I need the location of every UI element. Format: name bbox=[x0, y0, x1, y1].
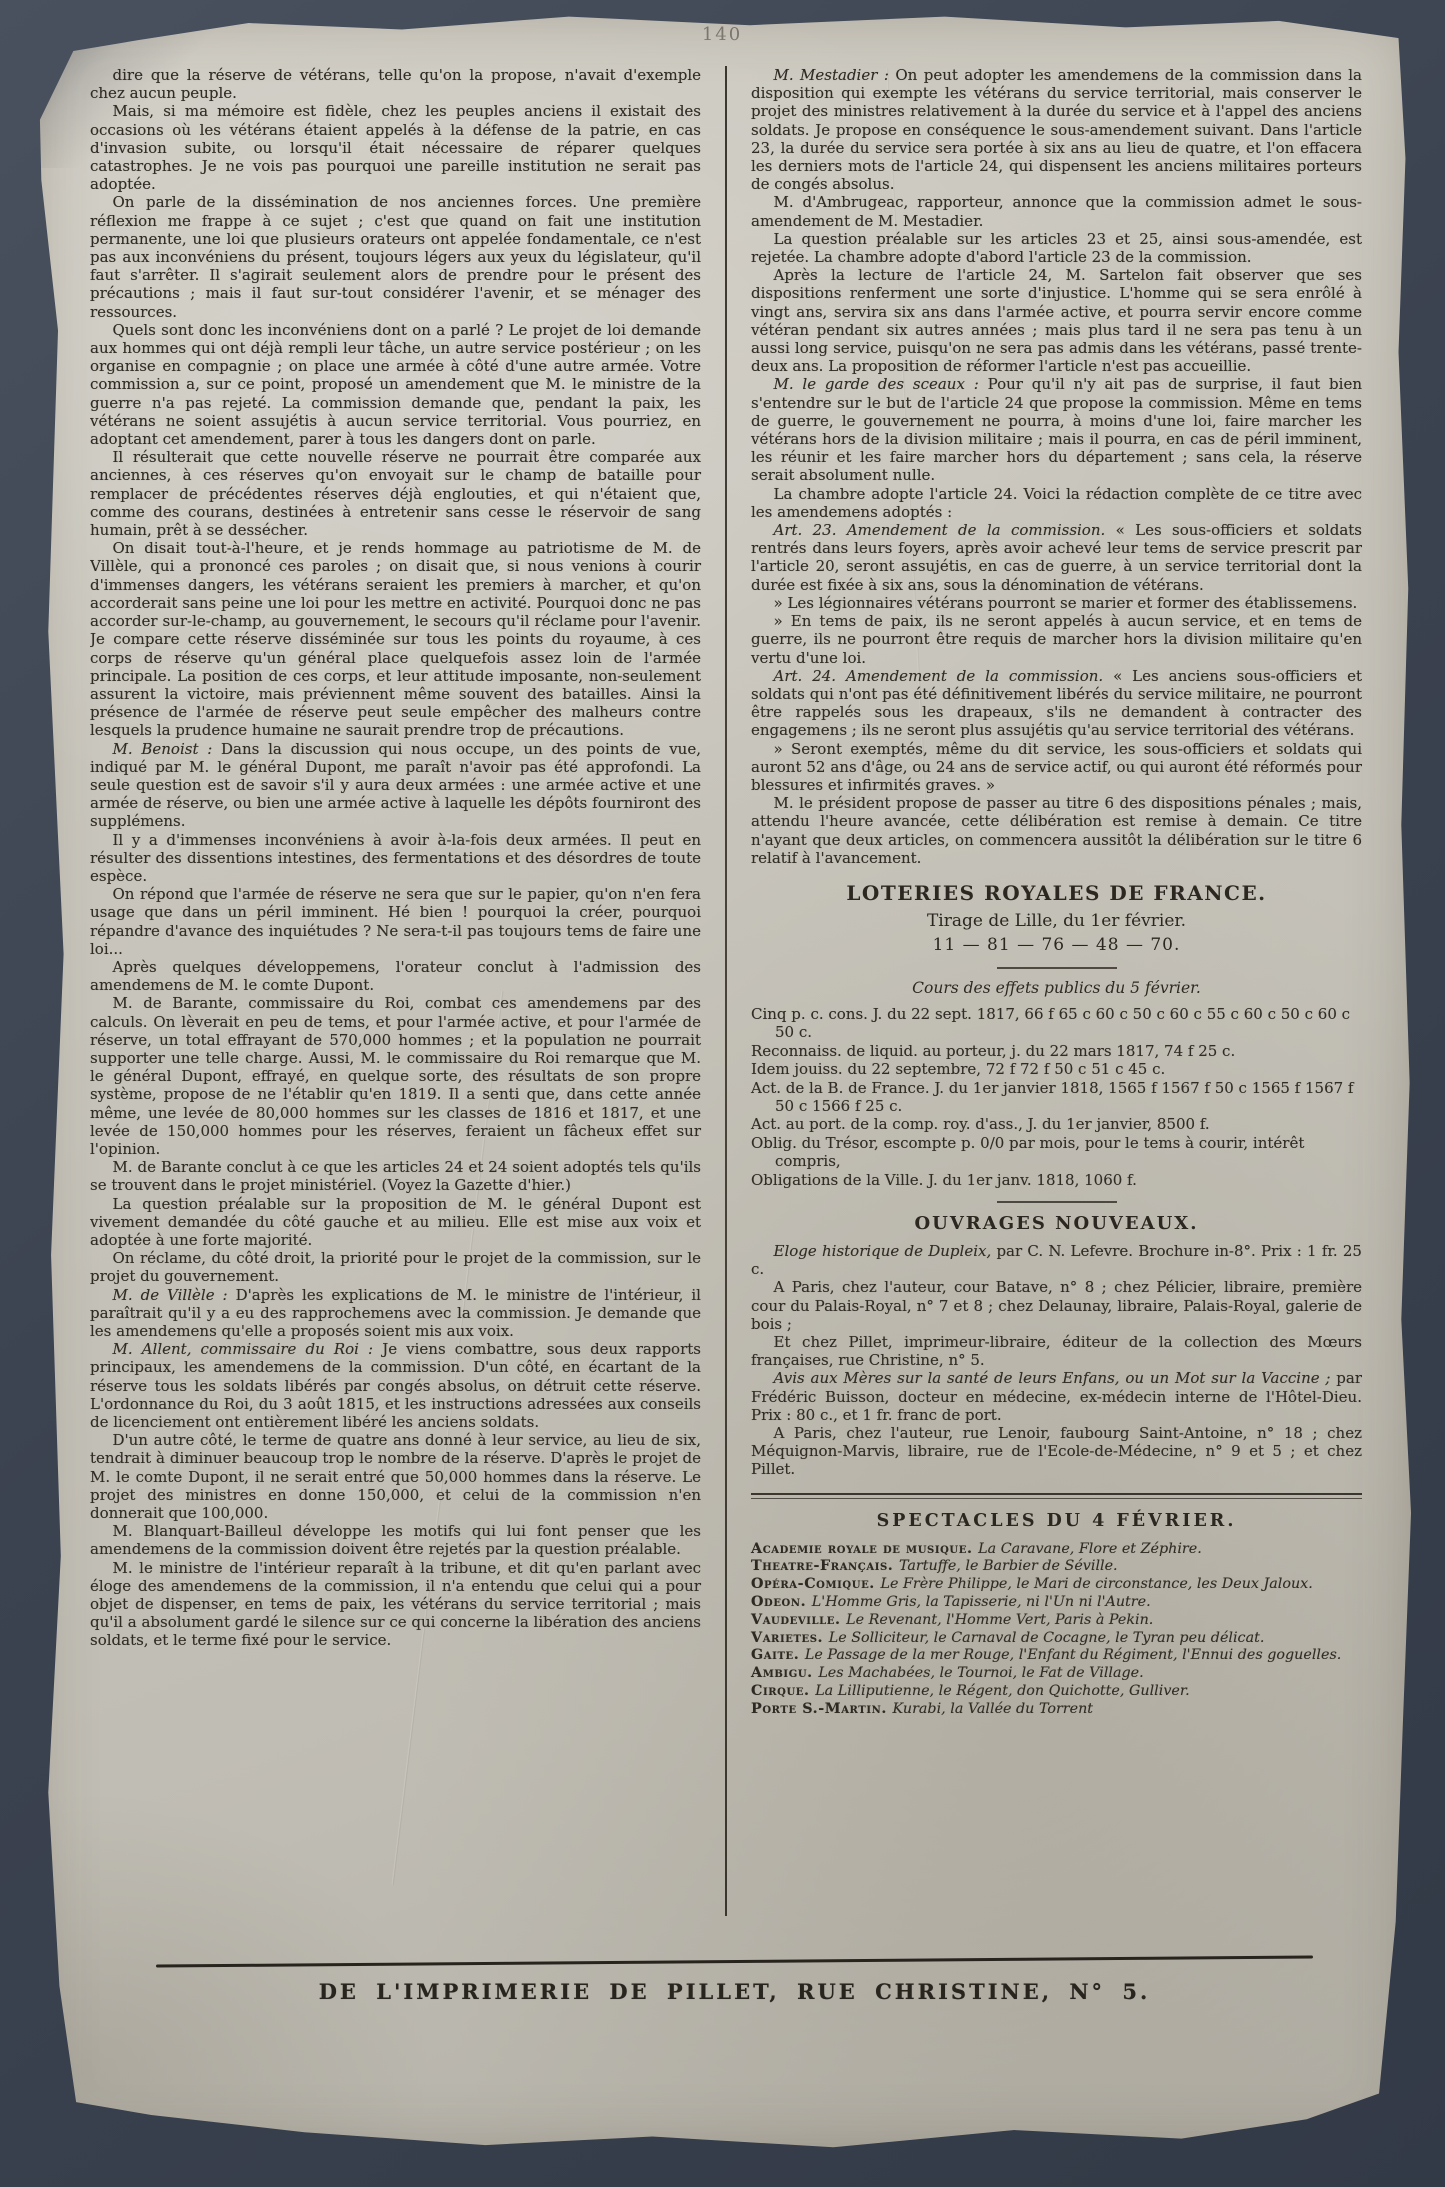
paragraph: » Seront exemptés, même du dit service, … bbox=[751, 740, 1362, 795]
paragraph-lead: Art. 24. Amendement de la commission. bbox=[774, 667, 1114, 685]
paragraph: M. Allent, commissaire du Roi :Je viens … bbox=[90, 1340, 701, 1431]
paragraph: M. le président propose de passer au tit… bbox=[751, 794, 1362, 867]
paragraph: D'un autre côté, le terme de quatre ans … bbox=[90, 1431, 701, 1522]
market-quote: Obligations de la Ville. J. du 1er janv.… bbox=[751, 1171, 1362, 1189]
market-quote: Act. de la B. de France. J. du 1er janvi… bbox=[751, 1079, 1362, 1116]
paragraph-text: M. Blanquart-Bailleul développe les moti… bbox=[90, 1522, 701, 1558]
plays-list: L'Homme Gris, la Tapisserie, ni l'Un ni … bbox=[812, 1594, 1151, 1610]
spectacle-listing: Theatre-Français.Tartuffe, le Barbier de… bbox=[751, 1558, 1362, 1576]
spectacle-listing: Porte S.-Martin.Kurabi, la Vallée du Tor… bbox=[751, 1701, 1362, 1719]
new-works-section: OUVRAGES NOUVEAUX. Eloge historique de D… bbox=[751, 1213, 1362, 1479]
paragraph: M. Benoist :Dans la discussion qui nous … bbox=[90, 740, 701, 831]
plays-list: Kurabi, la Vallée du Torrent bbox=[893, 1701, 1094, 1717]
paragraph-text: La question préalable sur les articles 2… bbox=[751, 230, 1362, 266]
paragraph-text: La question préalable sur la proposition… bbox=[90, 1195, 701, 1249]
spectacle-listing: Cirque.La Lilliputienne, le Régent, don … bbox=[751, 1683, 1362, 1701]
spectacle-listing: Varietes.Le Solliciteur, le Carnaval de … bbox=[751, 1630, 1362, 1648]
newspaper-page: 140 dire que la réserve de vétérans, tel… bbox=[26, 8, 1418, 2158]
paragraph-text: Après quelques développemens, l'orateur … bbox=[90, 958, 701, 994]
paragraph: Art. 24. Amendement de la commission.« L… bbox=[751, 667, 1362, 740]
paragraph: M. de Villèle :D'après les explications … bbox=[90, 1286, 701, 1341]
venue-name: Odeon. bbox=[751, 1594, 812, 1610]
paragraph: » Les légionnaires vétérans pourront se … bbox=[751, 594, 1362, 612]
paragraph-text: Il y a d'immenses inconvéniens à avoir à… bbox=[90, 831, 701, 885]
book-notices: Eloge historique de Dupleix,par C. N. Le… bbox=[751, 1242, 1362, 1479]
paragraph-text: » Les légionnaires vétérans pourront se … bbox=[774, 594, 1358, 612]
paragraph: M. le garde des sceaux :Pour qu'il n'y a… bbox=[751, 375, 1362, 484]
plays-list: Tartuffe, le Barbier de Séville. bbox=[899, 1558, 1118, 1574]
left-column: dire que la réserve de vétérans, telle q… bbox=[90, 66, 725, 1916]
plays-list: Le Revenant, l'Homme Vert, Paris à Pekin… bbox=[846, 1612, 1153, 1628]
market-heading: Cours des effets publics du 5 février. bbox=[751, 979, 1362, 997]
debate-paragraphs: M. Mestadier :On peut adopter les amende… bbox=[751, 66, 1362, 867]
venue-name: Varietes. bbox=[751, 1630, 829, 1646]
paragraph: Eloge historique de Dupleix,par C. N. Le… bbox=[751, 1242, 1362, 1278]
paragraph-text: On réclame, du côté droit, la priorité p… bbox=[90, 1249, 701, 1285]
paragraph: Après quelques développemens, l'orateur … bbox=[90, 958, 701, 994]
paragraph-text: D'un autre côté, le terme de quatre ans … bbox=[90, 1431, 701, 1522]
paragraph-lead: M. Benoist : bbox=[113, 740, 222, 758]
paragraph-text: A Paris, chez l'auteur, cour Batave, n° … bbox=[751, 1278, 1362, 1332]
paragraph: La question préalable sur les articles 2… bbox=[751, 230, 1362, 266]
paragraph-text: M. de Barante conclut à ce que les artic… bbox=[90, 1158, 701, 1194]
spectacle-listing: Gaite.Le Passage de la mer Rouge, l'Enfa… bbox=[751, 1647, 1362, 1665]
right-column: M. Mestadier :On peut adopter les amende… bbox=[727, 66, 1362, 1916]
plays-list: Les Machabées, le Tournoi, le Fat de Vil… bbox=[818, 1665, 1143, 1681]
venue-name: Vaudeville. bbox=[751, 1612, 846, 1628]
plays-list: Le Solliciteur, le Carnaval de Cocagne, … bbox=[829, 1630, 1265, 1646]
paragraph: Après la lecture de l'article 24, M. Sar… bbox=[751, 266, 1362, 375]
paragraph: M. de Barante conclut à ce que les artic… bbox=[90, 1158, 701, 1194]
paragraph: M. d'Ambrugeac, rapporteur, annonce que … bbox=[751, 193, 1362, 229]
spectacles-section: SPECTACLES DU 4 FÉVRIER. Academie royale… bbox=[751, 1511, 1362, 1719]
spectacle-listing: Vaudeville.Le Revenant, l'Homme Vert, Pa… bbox=[751, 1612, 1362, 1630]
venue-name: Theatre-Français. bbox=[751, 1558, 899, 1574]
paragraph: On répond que l'armée de réserve ne sera… bbox=[90, 885, 701, 958]
paragraph: La chambre adopte l'article 24. Voici la… bbox=[751, 485, 1362, 521]
paragraph: Il résulterait que cette nouvelle réserv… bbox=[90, 448, 701, 539]
spectacle-listings: Academie royale de musique.La Caravane, … bbox=[751, 1541, 1362, 1719]
paragraph: dire que la réserve de vétérans, telle q… bbox=[90, 66, 701, 102]
lottery-numbers: 11 — 81 — 76 — 48 — 70. bbox=[751, 935, 1362, 955]
paragraph-lead: M. Mestadier : bbox=[774, 66, 896, 84]
paragraph: La question préalable sur la proposition… bbox=[90, 1195, 701, 1250]
paragraph-text: On répond que l'armée de réserve ne sera… bbox=[90, 885, 701, 958]
footer-rule bbox=[156, 1955, 1313, 1967]
paragraph: Et chez Pillet, imprimeur-libraire, édit… bbox=[751, 1333, 1362, 1369]
paragraph-text: Et chez Pillet, imprimeur-libraire, édit… bbox=[751, 1333, 1362, 1369]
paragraph: Il y a d'immenses inconvéniens à avoir à… bbox=[90, 831, 701, 886]
paragraph-text: On parle de la dissémination de nos anci… bbox=[90, 193, 701, 320]
paragraph: A Paris, chez l'auteur, cour Batave, n° … bbox=[751, 1278, 1362, 1333]
paragraph: Quels sont donc les inconvéniens dont on… bbox=[90, 321, 701, 448]
paragraph: Art. 23. Amendement de la commission.« L… bbox=[751, 521, 1362, 594]
paragraph: On parle de la dissémination de nos anci… bbox=[90, 193, 701, 320]
market-quote: Reconnaiss. de liquid. au porteur, j. du… bbox=[751, 1042, 1362, 1060]
paragraph-text: Il résulterait que cette nouvelle réserv… bbox=[90, 448, 701, 539]
paragraph-text: M. d'Ambrugeac, rapporteur, annonce que … bbox=[751, 193, 1362, 229]
plays-list: La Lilliputienne, le Régent, don Quichot… bbox=[815, 1683, 1189, 1699]
paragraph: On disait tout-à-l'heure, et je rends ho… bbox=[90, 539, 701, 739]
column-divider-rule bbox=[725, 66, 727, 1916]
market-quote: Idem jouiss. du 22 septembre, 72 f 72 f … bbox=[751, 1060, 1362, 1078]
paragraph-text: dire que la réserve de vétérans, telle q… bbox=[90, 66, 701, 102]
paragraph: M. Blanquart-Bailleul développe les moti… bbox=[90, 1522, 701, 1558]
market-quote: Act. au port. de la comp. roy. d'ass., J… bbox=[751, 1115, 1362, 1133]
lotteries-heading: LOTERIES ROYALES DE FRANCE. bbox=[751, 881, 1362, 905]
paragraph-text: M. le ministre de l'intérieur reparaît à… bbox=[90, 1559, 701, 1650]
paragraph: M. le ministre de l'intérieur reparaît à… bbox=[90, 1559, 701, 1650]
paragraph-lead: M. le garde des sceaux : bbox=[774, 375, 988, 393]
spectacle-listing: Academie royale de musique.La Caravane, … bbox=[751, 1541, 1362, 1559]
paragraph-text: Quels sont donc les inconvéniens dont on… bbox=[90, 321, 701, 448]
venue-name: Opéra-Comique. bbox=[751, 1576, 880, 1592]
section-rule bbox=[997, 967, 1117, 969]
paragraph: » En tems de paix, ils ne seront appelés… bbox=[751, 612, 1362, 667]
venue-name: Gaite. bbox=[751, 1647, 805, 1663]
photo-background: 140 dire que la réserve de vétérans, tel… bbox=[0, 0, 1445, 2187]
imprint-line: DE L'IMPRIMERIE DE PILLET, RUE CHRISTINE… bbox=[156, 1979, 1313, 2004]
paragraph-text: La chambre adopte l'article 24. Voici la… bbox=[751, 485, 1362, 521]
paragraph-text: » En tems de paix, ils ne seront appelés… bbox=[751, 612, 1362, 666]
paragraph-lead: Avis aux Mères sur la santé de leurs Enf… bbox=[774, 1369, 1337, 1387]
spectacle-listing: Odeon.L'Homme Gris, la Tapisserie, ni l'… bbox=[751, 1594, 1362, 1612]
venue-name: Academie royale de musique. bbox=[751, 1541, 978, 1557]
plays-list: La Caravane, Flore et Zéphire. bbox=[978, 1541, 1202, 1557]
paragraph: On réclame, du côté droit, la priorité p… bbox=[90, 1249, 701, 1285]
venue-name: Porte S.-Martin. bbox=[751, 1701, 893, 1717]
paragraph-lead: Art. 23. Amendement de la commission. bbox=[774, 521, 1116, 539]
paragraph: Avis aux Mères sur la santé de leurs Enf… bbox=[751, 1369, 1362, 1424]
spectacle-listing: Opéra-Comique.Le Frère Philippe, le Mari… bbox=[751, 1576, 1362, 1594]
new-works-heading: OUVRAGES NOUVEAUX. bbox=[751, 1213, 1362, 1234]
venue-name: Ambigu. bbox=[751, 1665, 818, 1681]
section-rule bbox=[997, 1201, 1117, 1203]
paragraph-text: On peut adopter les amendemens de la com… bbox=[751, 66, 1362, 193]
paragraph-text: A Paris, chez l'auteur, rue Lenoir, faub… bbox=[751, 1424, 1362, 1478]
paragraph: M. de Barante, commissaire du Roi, comba… bbox=[90, 994, 701, 1158]
double-rule bbox=[751, 1493, 1362, 1499]
paragraph-text: M. le président propose de passer au tit… bbox=[751, 794, 1362, 867]
page-content: dire que la réserve de vétérans, telle q… bbox=[26, 8, 1418, 1916]
paragraph-lead: M. de Villèle : bbox=[113, 1286, 236, 1304]
paragraph-text: M. de Barante, commissaire du Roi, comba… bbox=[90, 994, 701, 1158]
paragraph-lead: Eloge historique de Dupleix, bbox=[774, 1242, 997, 1260]
paragraph: A Paris, chez l'auteur, rue Lenoir, faub… bbox=[751, 1424, 1362, 1479]
market-quote: Cinq p. c. cons. J. du 22 sept. 1817, 66… bbox=[751, 1005, 1362, 1042]
plays-list: Le Frère Philippe, le Mari de circonstan… bbox=[880, 1576, 1312, 1592]
paragraph-text: Mais, si ma mémoire est fidèle, chez les… bbox=[90, 102, 701, 193]
paragraph: Mais, si ma mémoire est fidèle, chez les… bbox=[90, 102, 701, 193]
lotteries-section: LOTERIES ROYALES DE FRANCE. Tirage de Li… bbox=[751, 881, 1362, 955]
plays-list: Le Passage de la mer Rouge, l'Enfant du … bbox=[805, 1647, 1341, 1663]
paragraph-text: » Seront exemptés, même du dit service, … bbox=[751, 740, 1362, 794]
paragraph-text: On disait tout-à-l'heure, et je rends ho… bbox=[90, 539, 701, 739]
paragraph-lead: M. Allent, commissaire du Roi : bbox=[113, 1340, 383, 1358]
paragraph-text: Après la lecture de l'article 24, M. Sar… bbox=[751, 266, 1362, 375]
spectacle-listing: Ambigu.Les Machabées, le Tournoi, le Fat… bbox=[751, 1665, 1362, 1683]
market-section: Cours des effets publics du 5 février. C… bbox=[751, 979, 1362, 1189]
lotteries-subtitle: Tirage de Lille, du 1er février. bbox=[751, 911, 1362, 931]
paragraph: M. Mestadier :On peut adopter les amende… bbox=[751, 66, 1362, 193]
market-quote: Oblig. du Trésor, escompte p. 0/0 par mo… bbox=[751, 1134, 1362, 1171]
market-quotes: Cinq p. c. cons. J. du 22 sept. 1817, 66… bbox=[751, 1005, 1362, 1189]
venue-name: Cirque. bbox=[751, 1683, 815, 1699]
spectacles-heading: SPECTACLES DU 4 FÉVRIER. bbox=[751, 1511, 1362, 1531]
page-footer: DE L'IMPRIMERIE DE PILLET, RUE CHRISTINE… bbox=[156, 1960, 1313, 2004]
